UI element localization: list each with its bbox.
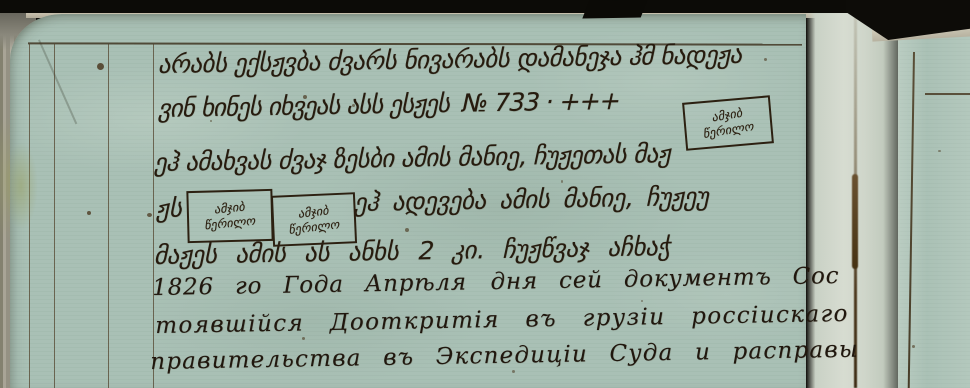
ink-speck: [641, 300, 643, 302]
ink-speck: [405, 228, 409, 232]
paper-stain: [4, 142, 38, 230]
stamp-box-1-line-2: წერილო: [703, 119, 754, 142]
stamp-box-3: ამჯიბ წერილო: [271, 192, 357, 247]
georgian-line-4: ეჰ ადევება ამის მანიე, ჩუჟეუ: [353, 184, 713, 215]
russian-line-1: 1826 го Года Апрѣля дня сей документъ Со…: [152, 265, 840, 300]
georgian-line-2: ვინ ხინეს იხვეას ასს ესჟეს № 733 · +++: [157, 88, 623, 121]
ink-speck: [147, 213, 152, 217]
margin-column-rule-2: [54, 44, 55, 388]
scan-background-band: [0, 0, 970, 13]
russian-line-3: правительства въ Экспедиціи Суда и распр…: [150, 339, 859, 374]
adjacent-page-vertical-rule: [908, 52, 915, 388]
margin-column-rule-3: [108, 44, 109, 388]
ink-speck: [512, 370, 515, 373]
manuscript-page: არაბს ექსჟვბა ძვარს ნივარაბს დამანეჯა ჰმ…: [10, 14, 806, 388]
georgian-line-1: არაბს ექსჟვბა ძვარს ნივარაბს დამანეჯა ჰმ…: [157, 42, 746, 77]
ink-speck: [302, 337, 305, 340]
page-fold-gutter: [806, 9, 900, 388]
ink-speck: [303, 95, 307, 99]
adjacent-page-horizontal-rule: [925, 93, 970, 95]
manuscript-scan: არაბს ექსჟვბა ძვარს ნივარაბს დამანეჯა ჰმ…: [0, 0, 970, 388]
fold-crease-shadow: [852, 174, 858, 269]
stamp-box-2-line-2: წერილო: [204, 214, 257, 234]
ink-speck: [97, 63, 104, 70]
stamp-box-1: ამჯიბ წერილო: [682, 95, 774, 150]
stamp-box-3-line-2: წერილო: [288, 217, 340, 238]
binding-tab: [582, 0, 647, 19]
ink-speck: [764, 58, 767, 61]
ink-speck: [210, 120, 212, 122]
margin-column-rule-4: [153, 44, 154, 388]
stamp-box-2: ამჯიბ წერილო: [186, 189, 273, 243]
georgian-line-4-prefix: ჟს: [155, 196, 186, 221]
russian-line-2: тоявшійся Дооткритія въ грузіи россіиска…: [155, 303, 849, 338]
ink-speck: [561, 180, 563, 183]
adjacent-page: [898, 0, 970, 388]
ink-speck: [352, 104, 355, 107]
paper-scratch: [38, 40, 77, 125]
ink-speck: [87, 211, 91, 215]
georgian-line-3: ეჰ ამახვას ძვაჯ ზესბი ამის მანიე, ჩუჟეთა…: [153, 141, 674, 175]
ink-speck: [938, 150, 941, 152]
ink-speck: [912, 345, 915, 348]
